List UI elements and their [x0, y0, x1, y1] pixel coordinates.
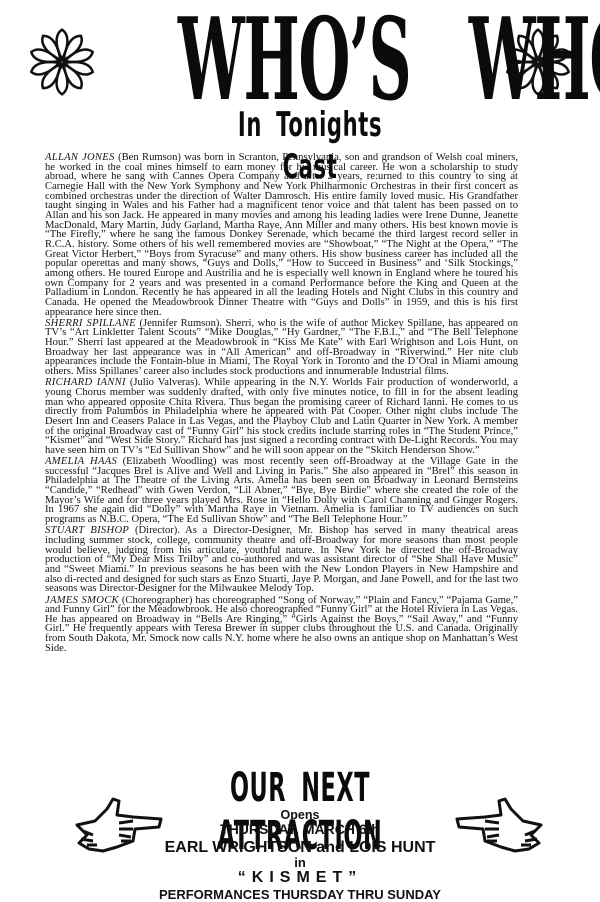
cast-bio-text: (Ben Rumson) was born in Scranton, Penns…	[45, 152, 518, 318]
cast-bio-text: (Julio Valveras). While appearing in the…	[45, 377, 518, 456]
cast-bio-text: (Choreographer) has choreographed “Song …	[45, 595, 518, 654]
show-title: “KISMET”	[120, 869, 480, 887]
cast-bio-text: (Director). As a Director-Designer, Mr. …	[45, 525, 518, 594]
cast-bio: ALLAN JONES (Ben Rumson) was born in Scr…	[45, 153, 518, 317]
flower-ornament-icon	[24, 24, 100, 100]
opening-date: THURSDAY, MARCH 6th	[120, 821, 480, 838]
page-subtitle: In Tonights Cast	[211, 104, 409, 146]
in-label: in	[120, 856, 480, 870]
cast-bio: SHERRI SPILLANE (Jennifer Rumson). Sherr…	[45, 319, 518, 377]
cast-bio: RICHARD IANNI (Julio Valveras). While ap…	[45, 378, 518, 455]
cast-bio-text: (Elizabeth Woodling) was most recently s…	[45, 456, 518, 525]
page-title: WHO’S WHO	[178, 8, 432, 112]
cast-bio: AMELIA HAAS (Elizabeth Woodling) was mos…	[45, 457, 518, 525]
cast-bio: STUART BISHOP (Director). As a Director-…	[45, 526, 518, 594]
cast-bio: JAMES SMOCK (Choreographer) has choreogr…	[45, 596, 518, 654]
performances-line: PERFORMANCES THURSDAY THRU SUNDAY	[120, 887, 480, 902]
cast-bios: ALLAN JONES (Ben Rumson) was born in Scr…	[45, 153, 518, 655]
cast-bio-text: (Jennifer Rumson). Sherri, who is the wi…	[45, 318, 518, 377]
opens-label: Opens	[120, 808, 480, 822]
next-attraction-heading: OUR NEXT ATTRACTION	[188, 764, 412, 812]
